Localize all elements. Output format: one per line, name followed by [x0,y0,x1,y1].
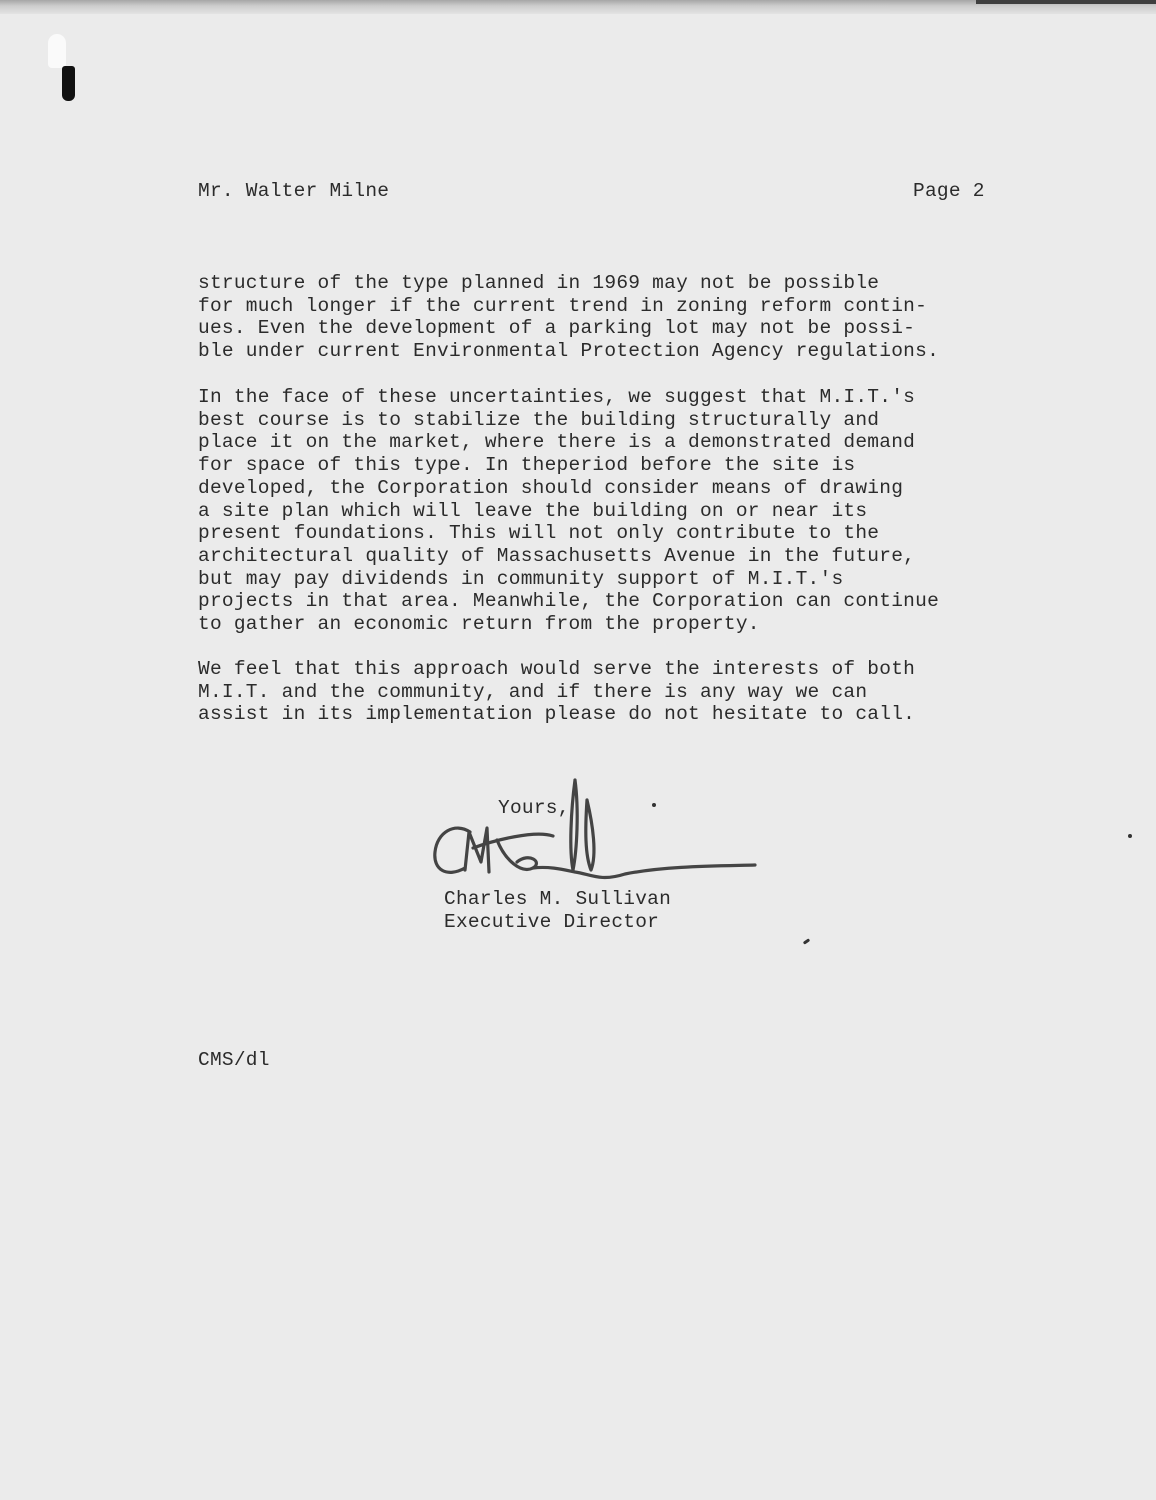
paragraph-line: for much longer if the current trend in … [198,295,939,318]
paragraph-line: ues. Even the development of a parking l… [198,317,939,340]
ink-mark [803,938,810,944]
paragraph-line: projects in that area. Meanwhile, the Co… [198,590,939,613]
punch-hole-mark [58,66,94,102]
paragraph-line: but may pay dividends in community suppo… [198,568,939,591]
paragraph-line: structure of the type planned in 1969 ma… [198,272,939,295]
paper-tear-mark [48,34,66,68]
paragraph-line: architectural quality of Massachusetts A… [198,545,939,568]
signature-icon [425,770,765,895]
paragraph-line: to gather an economic return from the pr… [198,613,939,636]
paragraph-line: assist in its implementation please do n… [198,703,915,726]
signer-name: Charles M. Sullivan [444,888,671,911]
paragraph-line: ble under current Environmental Protecti… [198,340,939,363]
paragraph-line: In the face of these uncertainties, we s… [198,386,939,409]
paragraph-line: We feel that this approach would serve t… [198,658,915,681]
paragraph-line: present foundations. This will not only … [198,522,939,545]
letter-page: Mr. Walter Milne Page 2 structure of the… [0,0,1156,1500]
scan-edge-strip [0,0,1156,14]
page-number: Page 2 [913,180,985,203]
ink-speck [1128,834,1132,838]
paragraph-1: structure of the type planned in 1969 ma… [198,272,939,363]
paragraph-line: for space of this type. In theperiod bef… [198,454,939,477]
paragraph-2: In the face of these uncertainties, we s… [198,386,939,636]
paragraph-line: a site plan which will leave the buildin… [198,500,939,523]
ink-speck [652,803,656,807]
typist-initials: CMS/dl [198,1049,270,1072]
paragraph-line: M.I.T. and the community, and if there i… [198,681,915,704]
paragraph-3: We feel that this approach would serve t… [198,658,915,726]
paragraph-line: developed, the Corporation should consid… [198,477,939,500]
recipient-header: Mr. Walter Milne [198,180,389,203]
signer-title: Executive Director [444,911,659,934]
paragraph-line: best course is to stabilize the building… [198,409,939,432]
paragraph-line: place it on the market, where there is a… [198,431,939,454]
